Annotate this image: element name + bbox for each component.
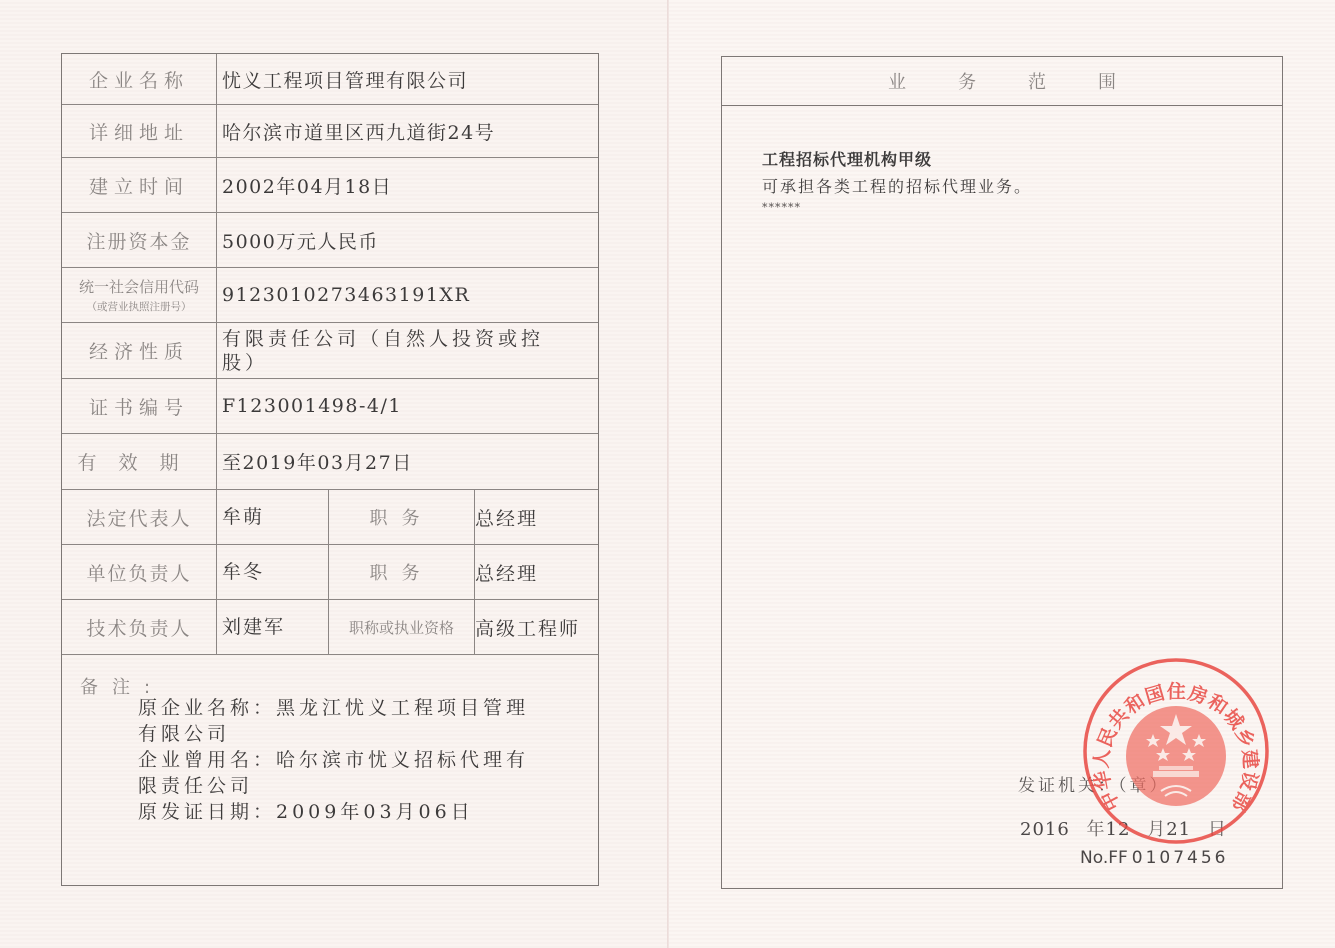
business-scope-header: 业 务 范 围 xyxy=(722,57,1282,106)
enterprise-info-table: 企业名称 忧义工程项目管理有限公司 详细地址 哈尔滨市道里区西九道街24号 建立… xyxy=(61,53,599,886)
value-certificate-number: F123001498-4/1 xyxy=(222,379,598,433)
value-validity: 至2019年03月27日 xyxy=(222,434,598,489)
qualification-level: 工程招标代理机构甲级 xyxy=(762,147,1032,170)
table-row: 统一社会信用代码 （或营业执照注册号） 9123010273463191XR xyxy=(62,268,598,323)
remarks-line: 企业曾用名：哈尔滨市忧义招标代理有 xyxy=(138,747,558,773)
scope-terminator: ****** xyxy=(762,201,1032,214)
label-certificate-number: 证书编号 xyxy=(62,379,217,433)
table-row: 技术负责人 刘建军 职称或执业资格 高级工程师 xyxy=(62,600,598,655)
remarks-line: 限责任公司 xyxy=(138,773,558,799)
label-tech-head-title: 职称或执业资格 xyxy=(329,600,475,654)
label-tech-head: 技术负责人 xyxy=(62,600,217,654)
business-scope-content: 工程招标代理机构甲级 可承担各类工程的招标代理业务。 ****** xyxy=(762,147,1032,214)
issuing-authority-label: 发证机关：（章） xyxy=(1018,771,1170,796)
label-registered-capital: 注册资本金 xyxy=(62,213,217,267)
value-legal-rep-name: 牟萌 xyxy=(217,490,329,544)
value-economic-nature-line2: 股） xyxy=(222,351,268,375)
label-validity: 有效期 xyxy=(62,434,217,489)
issue-month-unit: 月 xyxy=(1147,819,1166,840)
table-row: 法定代表人 牟萌 职务 总经理 xyxy=(62,490,598,545)
value-tech-head-name: 刘建军 xyxy=(217,600,329,654)
remarks-section: 备注: 原企业名称：黑龙江忧义工程项目管理 有限公司 企业曾用名：哈尔滨市忧义招… xyxy=(62,655,598,885)
table-row: 单位负责人 牟冬 职务 总经理 xyxy=(62,545,598,600)
qualification-description: 可承担各类工程的招标代理业务。 xyxy=(762,174,1032,197)
value-unit-head-name: 牟冬 xyxy=(217,545,329,599)
remarks-line: 有限公司 xyxy=(138,721,558,747)
label-established: 建立时间 xyxy=(62,158,217,212)
value-unit-head-role: 总经理 xyxy=(475,545,598,599)
value-established: 2002年04月18日 xyxy=(222,158,598,212)
left-page: 企业名称 忧义工程项目管理有限公司 详细地址 哈尔滨市道里区西九道街24号 建立… xyxy=(0,0,668,948)
value-credit-code: 9123010273463191XR xyxy=(222,268,598,322)
table-row: 企业名称 忧义工程项目管理有限公司 xyxy=(62,54,598,105)
value-enterprise-name: 忧义工程项目管理有限公司 xyxy=(222,54,598,104)
value-legal-rep-role: 总经理 xyxy=(475,490,598,544)
issue-day-unit: 日 xyxy=(1208,819,1227,840)
label-credit-code-main: 统一社会信用代码 xyxy=(79,276,199,297)
value-economic-nature: 有限责任公司（自然人投资或控 股） xyxy=(222,323,598,378)
header-char: 范 xyxy=(1028,68,1046,94)
value-address: 哈尔滨市道里区西九道街24号 xyxy=(222,105,598,157)
issue-date: 2016 年12 月21 日 xyxy=(1020,815,1227,841)
label-credit-code-sub: （或营业执照注册号） xyxy=(87,299,192,314)
certificate-serial: No.FF0107456 xyxy=(1080,848,1229,868)
label-enterprise-name: 企业名称 xyxy=(62,54,217,104)
issue-day: 21 xyxy=(1166,819,1191,840)
header-char: 业 xyxy=(888,68,906,94)
label-address: 详细地址 xyxy=(62,105,217,157)
value-registered-capital: 5000万元人民币 xyxy=(222,213,598,267)
label-economic-nature: 经济性质 xyxy=(62,323,217,378)
table-row: 有效期 至2019年03月27日 xyxy=(62,434,598,490)
remarks-body: 原企业名称：黑龙江忧义工程项目管理 有限公司 企业曾用名：哈尔滨市忧义招标代理有… xyxy=(138,695,558,825)
label-credit-code: 统一社会信用代码 （或营业执照注册号） xyxy=(62,268,217,322)
table-row: 详细地址 哈尔滨市道里区西九道街24号 xyxy=(62,105,598,158)
remarks-line: 原企业名称：黑龙江忧义工程项目管理 xyxy=(138,695,558,721)
value-economic-nature-line1: 有限责任公司（自然人投资或控 xyxy=(222,327,544,351)
remarks-line: 原发证日期：2009年03月06日 xyxy=(138,799,558,825)
table-row: 注册资本金 5000万元人民币 xyxy=(62,213,598,268)
value-tech-head-title: 高级工程师 xyxy=(475,600,598,654)
business-scope-table: 业 务 范 围 工程招标代理机构甲级 可承担各类工程的招标代理业务。 *****… xyxy=(721,56,1283,889)
label-unit-head: 单位负责人 xyxy=(62,545,217,599)
table-row: 建立时间 2002年04月18日 xyxy=(62,158,598,213)
table-row: 经济性质 有限责任公司（自然人投资或控 股） xyxy=(62,323,598,379)
issue-year-unit: 年 xyxy=(1087,819,1106,840)
label-legal-rep-role: 职务 xyxy=(329,490,475,544)
issue-year: 2016 xyxy=(1020,819,1070,840)
header-char: 务 xyxy=(958,68,976,94)
header-char: 围 xyxy=(1098,68,1116,94)
cert-serial-prefix: No.FF xyxy=(1080,848,1128,868)
cert-serial-number: 0107456 xyxy=(1132,848,1229,868)
label-unit-head-role: 职务 xyxy=(329,545,475,599)
issue-month: 12 xyxy=(1106,819,1131,840)
table-row: 证书编号 F123001498-4/1 xyxy=(62,379,598,434)
label-legal-rep: 法定代表人 xyxy=(62,490,217,544)
